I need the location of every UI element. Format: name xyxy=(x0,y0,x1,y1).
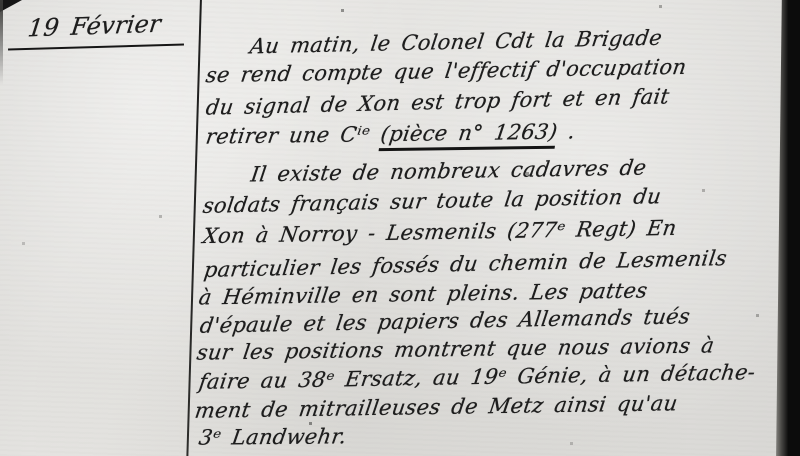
handwritten-text: 3ᵉ Landwehr. xyxy=(197,424,348,449)
handwritten-line: faire au 38ᵉ Ersatz, au 19ᵉ Génie, à un … xyxy=(199,360,756,394)
handwritten-line: à Héminville en sont pleins. Les pattes xyxy=(199,278,648,309)
handwritten-line: se rend compte que l'effectif d'occupati… xyxy=(206,55,687,88)
handwritten-text: sur les positions montrent que nous avio… xyxy=(195,333,716,364)
scan-corner-artifact xyxy=(0,0,22,12)
underlined-reference: (pièce n° 1263) xyxy=(378,120,559,152)
handwritten-line: Au matin, le Colonel Cdt la Brigade xyxy=(250,26,663,59)
handwritten-text: du signal de Xon est trop fort et en fai… xyxy=(204,84,671,120)
handwritten-line: sur les positions montrent que nous avio… xyxy=(197,333,715,364)
handwritten-line: 3ᵉ Landwehr. xyxy=(199,424,347,449)
handwritten-line: Il existe de nombreux cadavres de xyxy=(251,156,647,187)
line-segment: . xyxy=(556,119,577,143)
handwritten-text: Il existe de nombreux cadavres de xyxy=(249,156,648,187)
handwritten-line: particulier les fossés du chemin de Lesm… xyxy=(204,246,727,282)
handwritten-line: soldats français sur toute la position d… xyxy=(203,184,662,218)
handwritten-text: soldats français sur toute la position d… xyxy=(201,184,662,218)
handwritten-line: ment de mitrailleuses de Metz ainsi qu'a… xyxy=(195,391,678,423)
handwritten-text: faire au 38ᵉ Ersatz, au 19ᵉ Génie, à un … xyxy=(197,360,757,394)
handwritten-text: se rend compte que l'effectif d'occupati… xyxy=(204,55,688,88)
margin-date-underline xyxy=(8,44,184,51)
handwritten-text: Au matin, le Colonel Cdt la Brigade xyxy=(248,26,663,59)
scan-right-edge xyxy=(774,0,800,456)
handwritten-text: à Héminville en sont pleins. Les pattes xyxy=(197,278,649,309)
handwritten-text: Xon à Norroy - Lesmenils (277ᵉ Regt) En xyxy=(201,216,678,248)
scan-left-edge-shadow xyxy=(0,0,3,85)
handwritten-text: particulier les fossés du chemin de Lesm… xyxy=(202,246,728,282)
line-segment: retirer une Cⁱᵉ xyxy=(204,122,382,148)
handwritten-line: Xon à Norroy - Lesmenils (277ᵉ Regt) En xyxy=(203,216,677,248)
scanned-journal-page: 19 Février Au matin, le Colonel Cdt la B… xyxy=(0,0,800,456)
handwritten-line: du signal de Xon est trop fort et en fai… xyxy=(206,84,670,119)
margin-date-text: 19 Février xyxy=(26,10,162,43)
scan-speckles xyxy=(0,0,1,1)
margin-date: 19 Février xyxy=(28,10,162,43)
handwritten-line: retirer une Cⁱᵉ (pièce n° 1263) . xyxy=(206,119,576,148)
handwritten-line: d'épaule et les papiers des Allemands tu… xyxy=(200,304,690,338)
handwritten-text: d'épaule et les papiers des Allemands tu… xyxy=(198,304,691,338)
handwritten-text: ment de mitrailleuses de Metz ainsi qu'a… xyxy=(193,391,679,423)
handwritten-text: retirer une Cⁱᵉ (pièce n° 1263) . xyxy=(204,119,577,148)
